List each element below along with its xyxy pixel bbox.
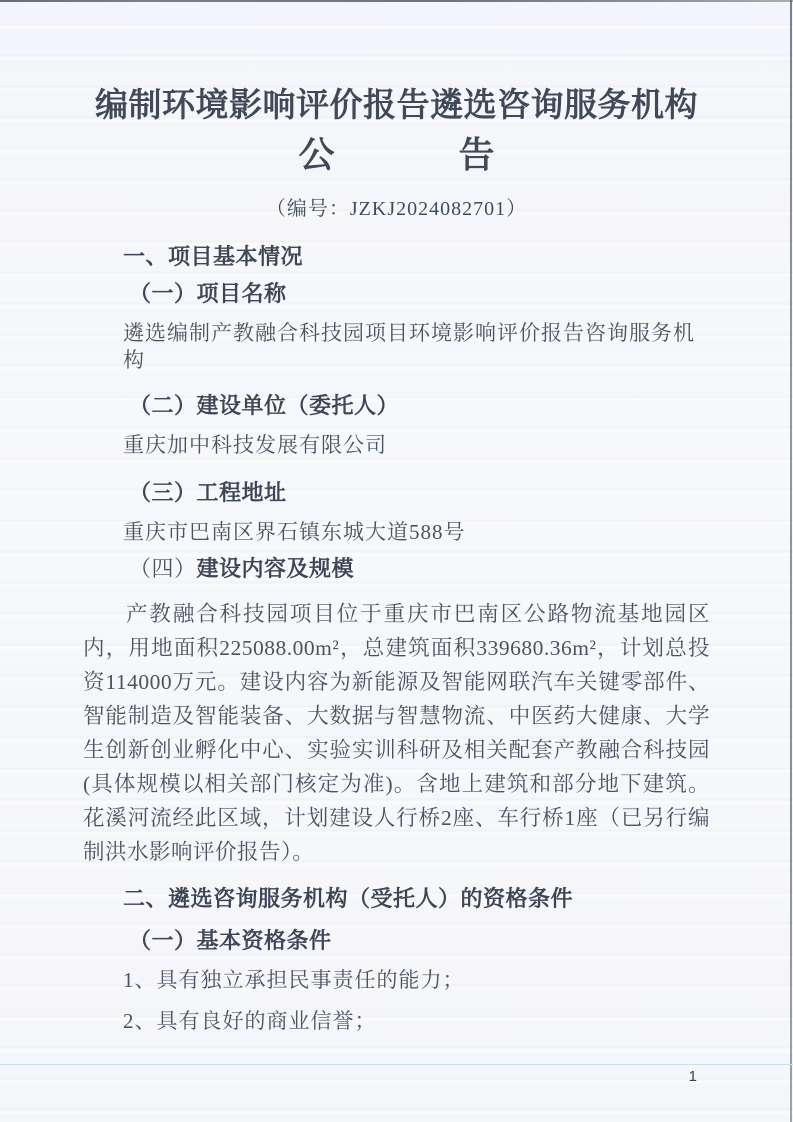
subtitle-char-gao: 告: [459, 134, 495, 177]
section2-heading: 二、遴选咨询服务机构（受托人）的资格条件: [123, 885, 710, 913]
document-subtitle: 公 告: [0, 134, 793, 177]
section1-item1-heading: （一）项目名称: [129, 280, 710, 308]
document-body: 一、项目基本情况 （一）项目名称 遴选编制产教融合科技园项目环境影响评价报告咨询…: [0, 243, 793, 1035]
scan-artifact-right-edge: [790, 0, 792, 1122]
section2-requirement-1: 1、具有独立承担民事责任的能力；: [123, 967, 710, 994]
section1-item2-body: 重庆加中科技发展有限公司: [123, 432, 710, 459]
document-header: 编制环境影响评价报告遴选咨询服务机构 公 告 （编号：JZKJ202408270…: [0, 0, 793, 221]
section1-item2-heading: （二）建设单位（委托人）: [129, 392, 710, 420]
section1-item4-heading-text: 建设内容及规模: [197, 556, 355, 581]
section2-item1-heading: （一）基本资格条件: [129, 927, 710, 955]
section1-item4-prefix: （四）: [129, 556, 197, 581]
document-number: （编号：JZKJ2024082701）: [0, 192, 793, 221]
section1-item4-paragraph: 产教融合科技园项目位于重庆市巴南区公路物流基地园区内，用地面积225088.00…: [83, 597, 710, 869]
subtitle-char-gong: 公: [298, 134, 334, 177]
section1-item3-body: 重庆市巴南区界石镇东城大道588号: [123, 519, 710, 546]
footer-rule-line: [0, 1064, 793, 1065]
section1-item4-heading: （四）建设内容及规模: [129, 555, 710, 583]
page-number: 1: [689, 1068, 697, 1085]
section1-item1-body: 遴选编制产教融合科技园项目环境影响评价报告咨询服务机构: [123, 320, 710, 374]
scan-artifact-top-edge: [0, 0, 793, 2]
document-footer: 1: [0, 1062, 793, 1122]
scanned-document-page: 编制环境影响评价报告遴选咨询服务机构 公 告 （编号：JZKJ202408270…: [0, 0, 793, 1122]
section1-item3-heading: （三）工程地址: [129, 479, 710, 507]
section2-requirement-2: 2、具有良好的商业信誉；: [123, 1008, 710, 1035]
document-title: 编制环境影响评价报告遴选咨询服务机构: [0, 86, 793, 127]
section1-heading: 一、项目基本情况: [123, 243, 710, 271]
